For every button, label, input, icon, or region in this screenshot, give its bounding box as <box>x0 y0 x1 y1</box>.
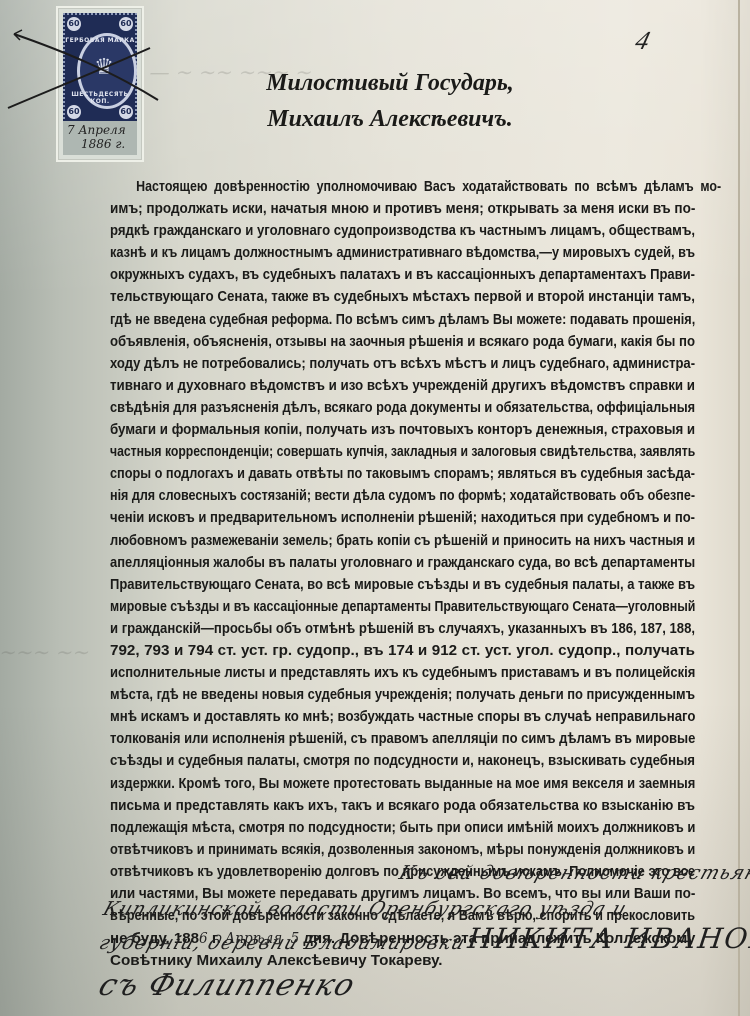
salutation-line-2: Михаилъ Алексѣевичъ. <box>120 106 660 133</box>
bleed-through-text: ~~~ ~~ <box>0 640 93 664</box>
body-line: издержки. Кромѣ того, Вы можете протесто… <box>110 773 695 795</box>
body-line: любовномъ размежеваніи земель; брать коп… <box>110 530 695 552</box>
body-line: гдѣ не введена судебная реформа. По всѣм… <box>110 309 695 331</box>
body-line: свѣдѣнія для разъясненія дѣлъ, всякаго р… <box>110 397 695 419</box>
stamp-corner-value: 60 <box>67 105 81 119</box>
signature: съ Филиппенко <box>94 968 359 1003</box>
stamp-corner-value: 60 <box>119 17 133 31</box>
body-line: съѣзды и судебныя палаты, смотря по подс… <box>110 750 695 772</box>
body-line: толкованія или исполненія рѣшеній, съ пр… <box>110 728 695 750</box>
body-line: мѣста, гдѣ не введены новыя судебныя учр… <box>110 684 695 706</box>
salutation-line-1: Милостивый Государь, <box>120 70 660 97</box>
body-line: апелляціонныя жалобы въ палаты уголовнаг… <box>110 552 695 574</box>
body-line: ходу дѣлъ не потребовались; получать отъ… <box>110 353 695 375</box>
body-line: объявленія, объясненія, отзывы на заочны… <box>110 331 695 353</box>
body-line: письма и представлять какъ ихъ, такъ и в… <box>110 795 695 817</box>
body-line: отвѣтчиковъ и принимать всякія, дозволен… <box>110 839 695 861</box>
body-line: споры о подлогахъ и давать отвѣты по так… <box>110 463 695 485</box>
body-line: подлежащія мѣста, смотря по подсудности;… <box>110 817 695 839</box>
page-number: 4 <box>632 26 653 56</box>
stamp-title: ГЕРБОВАЯ МАРКА <box>65 37 135 44</box>
handwritten-attestation-line-1: Къ сей довѣренности крестьянинъ <box>396 862 750 884</box>
body-line: мнѣ искамъ и доставлять ко мнѣ; возбужда… <box>110 706 695 728</box>
body-line: нія для словесныхъ состязаній; вести дѣл… <box>110 485 695 507</box>
stamp-note-year: 1886 г. <box>67 137 133 151</box>
handwritten-attestation-line-2: Кипликинской волости Оренбургскаго уѣзда… <box>100 898 630 920</box>
power-of-attorney-body: Настоящею довѣренностію уполномочиваю Ва… <box>110 176 695 927</box>
handwritten-printed-name: НИКИТА ИВАНОВ <box>463 922 750 955</box>
recipient-prefix: Совѣтнику <box>110 952 196 969</box>
recipient-name: Михаилу Алексѣевичу Токареву. <box>196 952 442 969</box>
body-line: частныя корреспонденціи; совершать купчі… <box>110 441 695 463</box>
body-line: бумаги и формальныя копіи, получать изъ … <box>110 419 695 441</box>
body-line: ченіи исковъ и предварительномъ исполнен… <box>110 507 695 529</box>
body-line: тивнаго и духовнаго вѣдомствъ и изо всѣх… <box>110 375 695 397</box>
double-headed-eagle-icon: ♛ <box>91 53 117 81</box>
body-line: 792, 793 и 794 ст. уст. гр. судопр., въ … <box>110 640 695 662</box>
body-line: мировые съѣзды и въ кассаціонные департа… <box>110 596 695 618</box>
body-line: и гражданскій—просьбы объ отмѣнѣ рѣшеній… <box>110 618 695 640</box>
body-line: рядкѣ гражданскаго и уголовнаго судопрои… <box>110 220 695 242</box>
body-line: окружныхъ судахъ, въ судебныхъ палатахъ … <box>110 264 695 286</box>
body-line: Правительствующаго Сената, во всѣ мировы… <box>110 574 695 596</box>
body-line: исполнительные листы и представлять ихъ … <box>110 662 695 684</box>
handwritten-attestation-line-3: губерніи, деревни Владимировки <box>96 932 468 954</box>
body-line: Настоящею довѣренностію уполномочиваю Ва… <box>110 176 721 198</box>
stamp-corner-value: 60 <box>67 17 81 31</box>
body-line: тельствующаго Сената, также въ судебныхъ… <box>110 286 695 308</box>
body-line: имъ; продолжать иски, начатыя мною и про… <box>110 198 695 220</box>
body-line: казнѣ и къ лицамъ должностнымъ администр… <box>110 242 695 264</box>
